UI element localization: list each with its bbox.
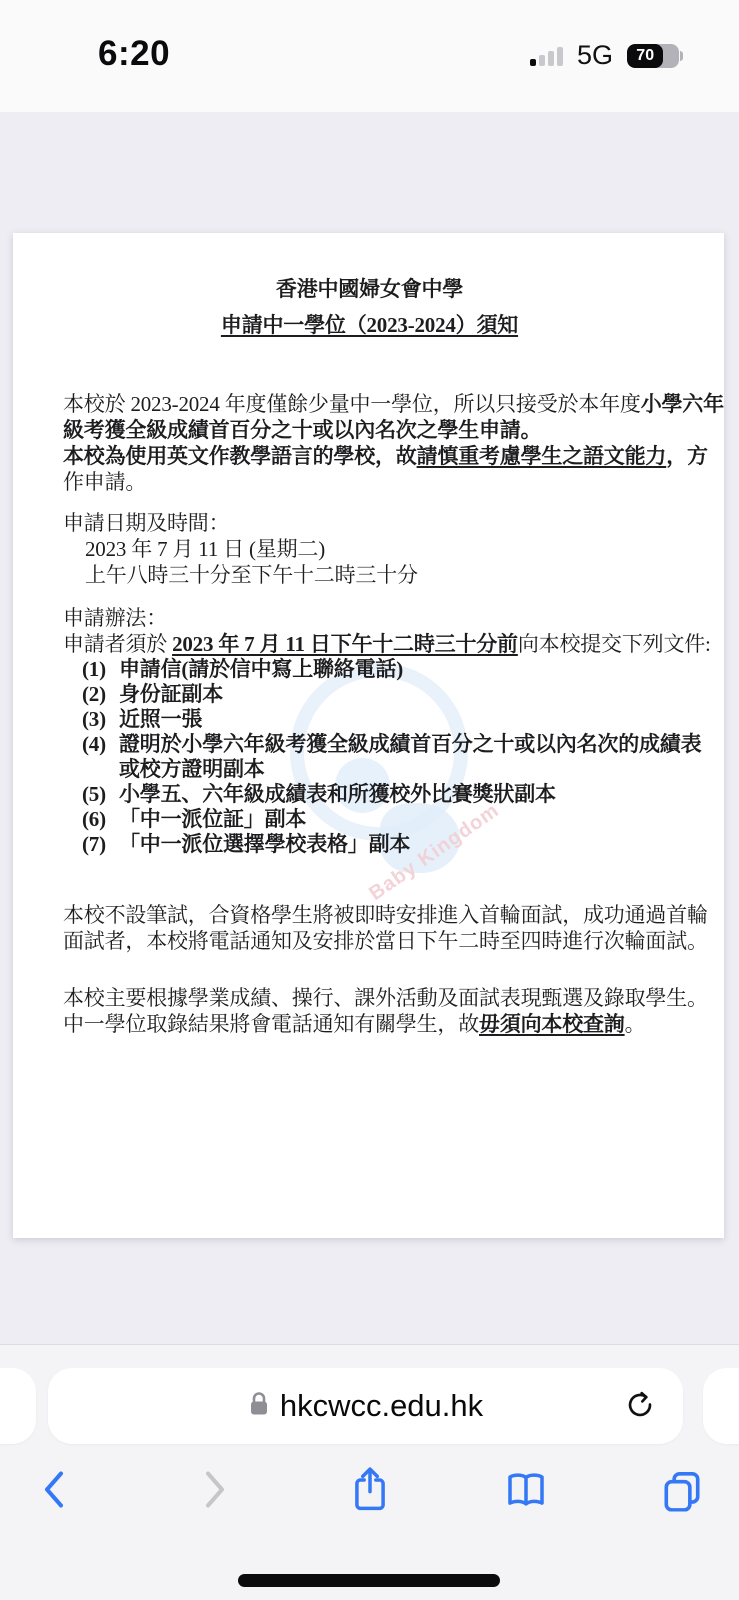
- doc-list-item: (4)證明於小學六年級考獲全級成績首百分之十或以內名次的成績表: [82, 732, 676, 757]
- doc-list-item: (2)身份証副本: [82, 682, 676, 707]
- text-segment: 本校於 2023-2024 年度僅餘少量中一學位，所以只接受於本年度: [63, 392, 641, 416]
- doc-section-para1: 本校於 2023-2024 年度僅餘少量中一學位，所以只接受於本年度小學六年級考…: [63, 391, 676, 495]
- tabs-button[interactable]: [660, 1468, 704, 1517]
- status-indicators: 5G 70: [530, 40, 683, 71]
- text-segment: 身份証副本: [119, 682, 223, 706]
- signal-strength-icon: [530, 46, 563, 66]
- safari-bottom-toolbar: hkcwcc.edu.hk: [0, 1344, 739, 1600]
- doc-section-method: 申請辦法：申請者須於 2023 年 7 月 11 日下午十二時三十分前向本校提交…: [63, 605, 676, 857]
- text-segment: 本校主要根據學業成績、操行、課外活動及面試表現甄選及錄取學生。: [63, 986, 708, 1010]
- network-type-label: 5G: [577, 40, 613, 71]
- url-text: hkcwcc.edu.hk: [280, 1388, 483, 1424]
- text-segment: ，方: [666, 444, 708, 468]
- text-segment: 2023 年 7 月 11 日 (星期二): [85, 537, 325, 561]
- previous-tab-stub[interactable]: [0, 1368, 36, 1444]
- doc-line: 上午八時三十分至下午十二時三十分: [85, 562, 676, 588]
- doc-list-number: (6): [82, 807, 119, 832]
- doc-line: 申請辦法：: [63, 605, 676, 631]
- doc-line: 2023 年 7 月 11 日 (星期二): [85, 536, 676, 562]
- doc-line: 本校不設筆試，合資格學生將被即時安排進入首輪面試，成功通過首輪: [63, 902, 676, 928]
- text-segment: 「中一派位証」副本: [119, 807, 306, 831]
- text-segment: 申請日期及時間：: [63, 511, 229, 535]
- doc-list-number: (3): [82, 707, 119, 732]
- doc-line: 香港中國婦女會中學: [63, 276, 676, 302]
- doc-list-number: (5): [82, 782, 119, 807]
- text-segment: 作申請。: [63, 470, 146, 494]
- text-segment: 申請者須於: [63, 632, 172, 656]
- text-segment: 本校為使用英文作教學語言的學校，故: [63, 444, 417, 468]
- doc-line: 級考獲全級成績首百分之十或以內名次之學生申請。: [63, 417, 676, 443]
- forward-button[interactable]: [202, 1469, 228, 1516]
- doc-list-item: (6)「中一派位証」副本: [82, 807, 676, 832]
- status-bar: 6:20 5G 70: [0, 0, 739, 112]
- doc-line: 面試者，本校將電話通知及安排於當日下午二時至四時進行次輪面試。: [63, 928, 676, 954]
- text-segment: 。: [625, 1012, 646, 1036]
- text-segment: 近照一張: [119, 707, 202, 731]
- doc-list-number: (2): [82, 682, 119, 707]
- bookmarks-button[interactable]: [502, 1469, 550, 1516]
- doc-list-number: (1): [82, 657, 119, 682]
- text-segment: 或校方證明副本: [119, 757, 265, 781]
- tabs-icon: [660, 1468, 704, 1517]
- doc-line: 本校主要根據學業成績、操行、課外活動及面試表現甄選及錄取學生。: [63, 985, 676, 1011]
- doc-line: 中一學位取錄結果將會電話通知有關學生，故毋須向本校查詢。: [63, 1011, 676, 1037]
- doc-list-number: (4): [82, 732, 119, 757]
- text-segment: 向本校提交下列文件:: [518, 632, 711, 656]
- document-content: 香港中國婦女會中學申請中一學位（2023-2024）須知本校於 2023-202…: [63, 233, 676, 1037]
- text-segment: 請慎重考慮學生之語文能力: [417, 444, 667, 468]
- back-button[interactable]: [41, 1469, 67, 1516]
- bookmarks-icon: [502, 1469, 550, 1516]
- doc-list-number: (7): [82, 832, 119, 857]
- toolbar-buttons-row: [0, 1452, 739, 1532]
- reload-button[interactable]: [625, 1391, 655, 1421]
- text-segment: 申請中一學位（2023-2024）須知: [221, 313, 518, 337]
- doc-list-item: (1)申請信(請於信中寫上聯絡電話): [82, 657, 676, 682]
- text-segment: 級考獲全級成績首百分之十或以內名次之學生申請。: [63, 418, 541, 442]
- doc-line: 申請者須於 2023 年 7 月 11 日下午十二時三十分前向本校提交下列文件:: [63, 631, 676, 657]
- url-bar[interactable]: hkcwcc.edu.hk: [48, 1368, 683, 1444]
- battery-percent-label: 70: [636, 47, 654, 65]
- text-segment: 證明於小學六年級考獲全級成績首百分之十或以內名次的成績表: [119, 732, 701, 756]
- doc-list-item: (7)「中一派位選擇學校表格」副本: [82, 832, 676, 857]
- lock-icon: [248, 1391, 270, 1422]
- doc-list-item: (5)小學五、六年級成績表和所獲校外比賽獎狀副本: [82, 782, 676, 807]
- document-page[interactable]: Baby Kingdom 香港中國婦女會中學申請中一學位（2023-2024）須…: [13, 233, 724, 1238]
- text-segment: 香港中國婦女會中學: [276, 277, 463, 301]
- doc-line: 申請中一學位（2023-2024）須知: [63, 312, 676, 338]
- text-segment: 面試者，本校將電話通知及安排於當日下午二時至四時進行次輪面試。: [63, 929, 708, 953]
- home-indicator[interactable]: [238, 1574, 500, 1587]
- share-button[interactable]: [351, 1466, 389, 1519]
- text-segment: 本校不設筆試，合資格學生將被即時安排進入首輪面試，成功通過首輪: [63, 903, 708, 927]
- text-segment: 毋須向本校查詢: [479, 1012, 625, 1036]
- text-segment: 「中一派位選擇學校表格」副本: [119, 832, 410, 856]
- doc-section-datetime: 申請日期及時間：2023 年 7 月 11 日 (星期二)上午八時三十分至下午十…: [63, 510, 676, 588]
- text-segment: 小學五、六年級成績表和所獲校外比賽獎狀副本: [119, 782, 556, 806]
- text-segment: 申請信(請於信中寫上聯絡電話): [119, 657, 403, 681]
- text-segment: 中一學位取錄結果將會電話通知有關學生，故: [63, 1012, 479, 1036]
- doc-list-item: (3)近照一張: [82, 707, 676, 732]
- doc-line: 本校為使用英文作教學語言的學校，故請慎重考慮學生之語文能力，方: [63, 443, 676, 469]
- next-tab-stub[interactable]: [703, 1368, 739, 1444]
- battery-icon: 70: [627, 44, 683, 68]
- doc-section-interview: 本校不設筆試，合資格學生將被即時安排進入首輪面試，成功通過首輪面試者，本校將電話…: [63, 902, 676, 954]
- text-segment: 上午八時三十分至下午十二時三十分: [85, 563, 418, 587]
- text-segment: 申請辦法：: [63, 606, 167, 630]
- text-segment: 2023 年 7 月 11 日下午十二時三十分前: [172, 632, 518, 656]
- doc-line: 本校於 2023-2024 年度僅餘少量中一學位，所以只接受於本年度小學六年: [63, 391, 676, 417]
- doc-section-heading: 香港中國婦女會中學申請中一學位（2023-2024）須知: [63, 233, 676, 338]
- share-icon: [351, 1466, 389, 1519]
- doc-list-item: 或校方證明副本: [82, 757, 676, 782]
- back-icon: [41, 1469, 67, 1516]
- doc-list-number: [82, 757, 119, 782]
- doc-line: 作申請。: [63, 469, 676, 495]
- doc-line: 申請日期及時間：: [63, 510, 676, 536]
- doc-section-selection: 本校主要根據學業成績、操行、課外活動及面試表現甄選及錄取學生。中一學位取錄結果將…: [63, 985, 676, 1037]
- text-segment: 小學六年: [641, 392, 724, 416]
- forward-icon: [202, 1469, 228, 1516]
- clock: 6:20: [98, 34, 170, 74]
- iphone-safari-screenshot: { "statusbar": { "time": "6:20", "networ…: [0, 0, 739, 1600]
